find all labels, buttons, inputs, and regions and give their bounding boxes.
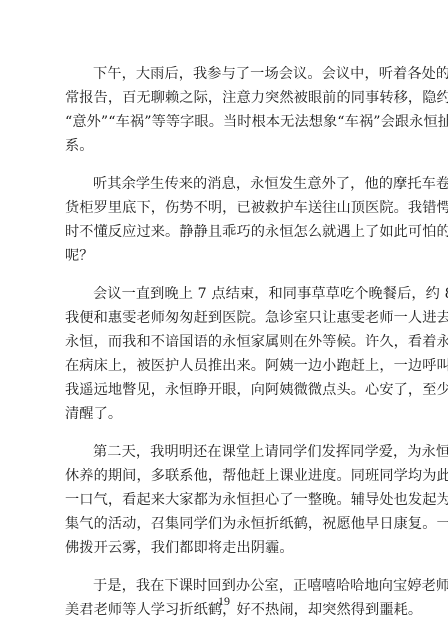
document-page: 下午，大雨后，我参与了一场会议。会议中，听着各处的日 常报告，百无聊赖之际，注意… <box>0 0 448 640</box>
text-line: 在病床上，被医护人员推出来。阿姨一边小跑赶上，一边呼叫永恒。 <box>65 354 385 378</box>
text-line: 我便和惠雯老师匆匆赶到医院。急诊室只让惠雯老师一人进去探望 <box>65 306 385 330</box>
paragraph-2: 听其余学生传来的消息，永恒发生意外了，他的摩托车卷入 货柜罗里底下，伤势不明，已… <box>65 172 385 268</box>
text-line: 清醒了。 <box>65 402 385 426</box>
text-line: 集气的活动，召集同学们为永恒折纸鹤，祝愿他早日康复。一切仿 <box>65 512 385 536</box>
text-line: 会议一直到晚上 7 点结束，和同事草草吃个晚餐后，约 8 时， <box>65 282 385 306</box>
page-number: 19 <box>0 594 448 609</box>
text-line: 听其余学生传来的消息，永恒发生意外了，他的摩托车卷入 <box>65 172 385 196</box>
text-line: 我遥远地瞥见，永恒睁开眼，向阿姨微微点头。心安了，至少永恒 <box>65 378 385 402</box>
text-line: 时不懂反应过来。静静且乖巧的永恒怎么就遇上了如此可怕的事情 <box>65 220 385 244</box>
text-line: 永恒，而我和不谙国语的永恒家属则在外等候。许久，看着永恒躺 <box>65 330 385 354</box>
body-text: 下午，大雨后，我参与了一场会议。会议中，听着各处的日 常报告，百无聊赖之际，注意… <box>65 62 385 636</box>
text-line: “意外”“车祸”等等字眼。当时根本无法想象“车祸”会跟永恒扯上关 <box>65 110 385 134</box>
text-line: 第二天，我明明还在课堂上请同学们发挥同学爱，为永恒在 <box>65 440 385 464</box>
text-line: 休养的期间，多联系他，帮他赶上课业进度。同班同学均为此松了 <box>65 464 385 488</box>
text-line: 货柜罗里底下，伤势不明，已被救护车送往山顶医院。我错愕，一 <box>65 196 385 220</box>
paragraph-3: 会议一直到晚上 7 点结束，和同事草草吃个晚餐后，约 8 时， 我便和惠雯老师匆… <box>65 282 385 426</box>
text-line: 下午，大雨后，我参与了一场会议。会议中，听着各处的日 <box>65 62 385 86</box>
text-line: 系。 <box>65 134 385 158</box>
text-line: 佛拨开云雾，我们都即将走出阴霾。 <box>65 536 385 560</box>
text-line: 一口气，看起来大家都为永恒担心了一整晚。辅导处也发起为永恒 <box>65 488 385 512</box>
paragraph-4: 第二天，我明明还在课堂上请同学们发挥同学爱，为永恒在 休养的期间，多联系他，帮他… <box>65 440 385 560</box>
text-line: 常报告，百无聊赖之际，注意力突然被眼前的同事转移，隐约听见 <box>65 86 385 110</box>
text-line: 呢？ <box>65 244 385 268</box>
paragraph-1: 下午，大雨后，我参与了一场会议。会议中，听着各处的日 常报告，百无聊赖之际，注意… <box>65 62 385 158</box>
